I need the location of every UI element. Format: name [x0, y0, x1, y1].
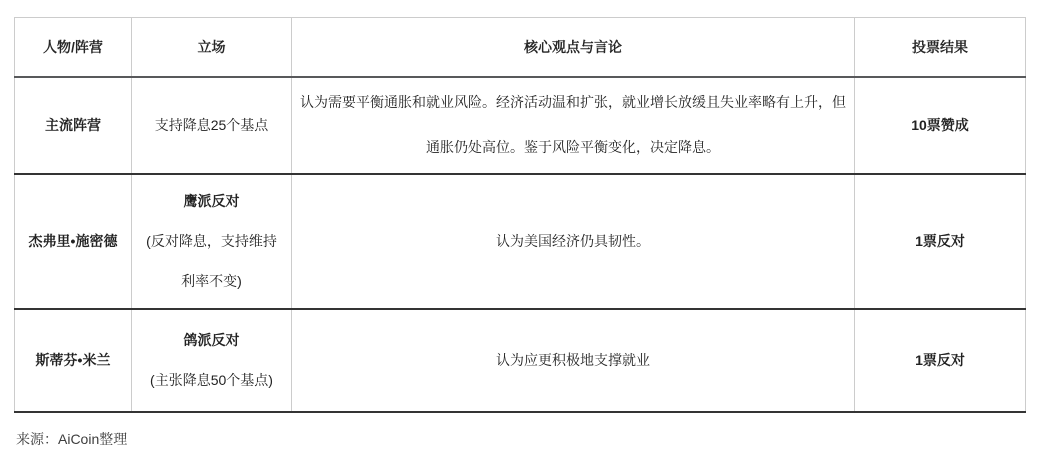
- table-row: 斯蒂芬•米兰 鸽派反对 (主张降息50个基点) 认为应更积极地支撑就业 1票反对: [15, 309, 1026, 412]
- stance-detail: (反对降息，支持维持利率不变): [142, 221, 281, 301]
- stance-cell: 鹰派反对 (反对降息，支持维持利率不变): [132, 174, 292, 309]
- viewpoint-cell: 认为应更积极地支撑就业: [292, 309, 855, 412]
- table-row: 主流阵营 支持降息25个基点 认为需要平衡通胀和就业风险。经济活动温和扩张，就业…: [15, 77, 1026, 174]
- stance-main: 鹰派反对: [142, 181, 281, 221]
- person-cell: 杰弗里•施密德: [15, 174, 132, 309]
- source-note: 来源：AiCoin整理: [14, 429, 1025, 449]
- col-header-viewpoint: 核心观点与言论: [292, 18, 855, 77]
- stance-main: 鸽派反对: [142, 320, 281, 360]
- viewpoint-cell: 认为美国经济仍具韧性。: [292, 174, 855, 309]
- col-header-vote: 投票结果: [855, 18, 1026, 77]
- viewpoint-cell: 认为需要平衡通胀和就业风险。经济活动温和扩张，就业增长放缓且失业率略有上升，但通…: [292, 77, 855, 174]
- page: 人物/阵营 立场 核心观点与言论 投票结果 主流阵营 支持降息25个基点 认为需…: [0, 0, 1039, 456]
- vote-cell: 1票反对: [855, 309, 1026, 412]
- table-row: 杰弗里•施密德 鹰派反对 (反对降息，支持维持利率不变) 认为美国经济仍具韧性。…: [15, 174, 1026, 309]
- fomc-vote-table: 人物/阵营 立场 核心观点与言论 投票结果 主流阵营 支持降息25个基点 认为需…: [14, 17, 1026, 413]
- col-header-stance: 立场: [132, 18, 292, 77]
- col-header-person: 人物/阵营: [15, 18, 132, 77]
- stance-detail: 支持降息25个基点: [142, 105, 281, 145]
- stance-detail: (主张降息50个基点): [142, 360, 281, 400]
- person-cell: 主流阵营: [15, 77, 132, 174]
- stance-cell: 鸽派反对 (主张降息50个基点): [132, 309, 292, 412]
- vote-cell: 10票赞成: [855, 77, 1026, 174]
- person-cell: 斯蒂芬•米兰: [15, 309, 132, 412]
- header-row: 人物/阵营 立场 核心观点与言论 投票结果: [15, 18, 1026, 77]
- stance-cell: 支持降息25个基点: [132, 77, 292, 174]
- vote-cell: 1票反对: [855, 174, 1026, 309]
